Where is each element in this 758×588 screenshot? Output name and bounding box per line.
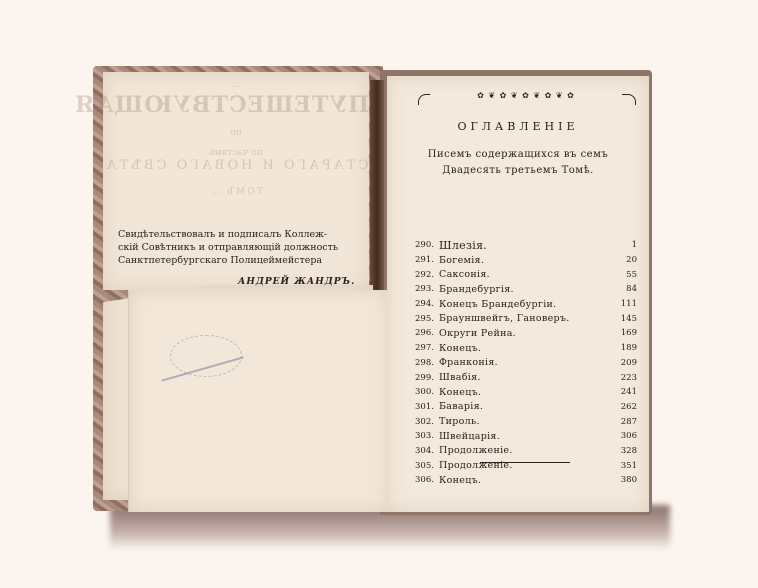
toc-num: 299. [415,373,439,383]
toc-row: 302.Тироль.287 [415,414,637,429]
toc-page: 351 [607,461,637,471]
floral-ornament: ✿ ❦ ✿ ❦ ✿ ❦ ✿ ❦ ✿ [430,91,622,100]
censor-certificate: Свидѣтельствовалъ и подписалъ Коллеж- ск… [118,228,358,267]
toc-num: 302. [415,417,439,427]
certificate-line: скій Совѣтникъ и отправляющій должность [118,241,358,254]
toc-row: 301.Баварія.262 [415,400,637,415]
toc-label: Швабія. [439,372,607,383]
toc-num: 303. [415,431,439,441]
toc-row: 306.Конецъ.380 [415,473,637,488]
toc-page: 209 [607,358,637,368]
toc-row: 305.Продолженіе.351 [415,458,637,473]
toc-title: ОГЛАВЛЕНІЕ [387,120,649,133]
toc-row: 304.Продолженіе.328 [415,444,637,459]
toc-row: 296.Округи Рейна.169 [415,326,637,341]
toc-row: 299.Швабія.223 [415,370,637,385]
toc-label: Округи Рейна. [439,328,607,339]
toc-page: 380 [607,475,637,485]
toc-label: Конецъ Брандебургіи. [439,299,607,310]
toc-label: Тироль. [439,416,607,427]
toc-label: Баварія. [439,401,607,412]
bleed-through-title: … ПУТЕШЕСТВУЮЩАЯ по по частямъ СТАРАГО И… [103,80,369,197]
toc-label: Конецъ. [439,387,607,398]
toc-num: 294. [415,299,439,309]
toc-page: 169 [607,328,637,338]
toc-page: 306 [607,431,637,441]
signature: АНДРЕЙ ЖАНДРЪ. [238,277,355,287]
toc-label: Франконія. [439,357,607,368]
toc-label: Богемія. [439,255,607,266]
certificate-line: Санктпетербургскаго Полицеймейстера [118,254,358,267]
toc-num: 304. [415,446,439,456]
toc-label: Саксонія. [439,269,607,280]
toc-row: 290.Шлезія.1 [415,238,637,253]
toc-page: 1 [607,240,637,250]
toc-num: 298. [415,358,439,368]
toc-label: Шлезія. [439,239,607,252]
toc-row: 295.Брауншвейгъ, Гановеръ.145 [415,311,637,326]
toc-num: 290. [415,240,439,250]
toc-row: 297.Конецъ.189 [415,341,637,356]
toc-row: 294.Конецъ Брандебургіи.111 [415,297,637,312]
toc-num: 305. [415,461,439,471]
toc-label: Продолженіе. [439,445,607,456]
toc-num: 291. [415,255,439,265]
toc-num: 295. [415,314,439,324]
book-spine [370,80,384,290]
toc-page: 241 [607,387,637,397]
toc-row: 303.Швейцарія.306 [415,429,637,444]
toc-label: Конецъ. [439,343,607,354]
toc-row: 291.Богемія.20 [415,253,637,268]
toc-num: 292. [415,270,439,280]
toc-page: 145 [607,314,637,324]
toc-num: 300. [415,387,439,397]
toc-page: 84 [607,284,637,294]
closing-rule [480,462,570,463]
toc-page: 287 [607,417,637,427]
certificate-line: Свидѣтельствовалъ и подписалъ Коллеж- [118,228,358,241]
toc-num: 297. [415,343,439,353]
toc-page: 189 [607,343,637,353]
toc-row: 300.Конецъ.241 [415,385,637,400]
toc-row: 292.Саксонія.55 [415,267,637,282]
toc-page: 55 [607,270,637,280]
toc-subtitle: Писемъ содержащихся въ семъ Двадесять тр… [387,147,649,179]
toc-num: 306. [415,475,439,485]
toc-page: 20 [607,255,637,265]
left-page-insert [128,290,389,512]
toc-page: 262 [607,402,637,412]
toc-row: 298.Франконія.209 [415,356,637,371]
faded-stamp [170,335,242,377]
toc-num: 296. [415,328,439,338]
toc-row: 293.Брандебургія.84 [415,282,637,297]
toc-page: 328 [607,446,637,456]
toc-label: Конецъ. [439,475,607,486]
toc-page: 111 [607,299,637,309]
toc-label: Брауншвейгъ, Гановеръ. [439,313,607,324]
toc-label: Швейцарія. [439,431,607,442]
toc-num: 293. [415,284,439,294]
toc-list: 290.Шлезія.1291.Богемія.20292.Саксонія.5… [415,238,637,488]
toc-label: Брандебургія. [439,284,607,295]
toc-num: 301. [415,402,439,412]
toc-page: 223 [607,373,637,383]
